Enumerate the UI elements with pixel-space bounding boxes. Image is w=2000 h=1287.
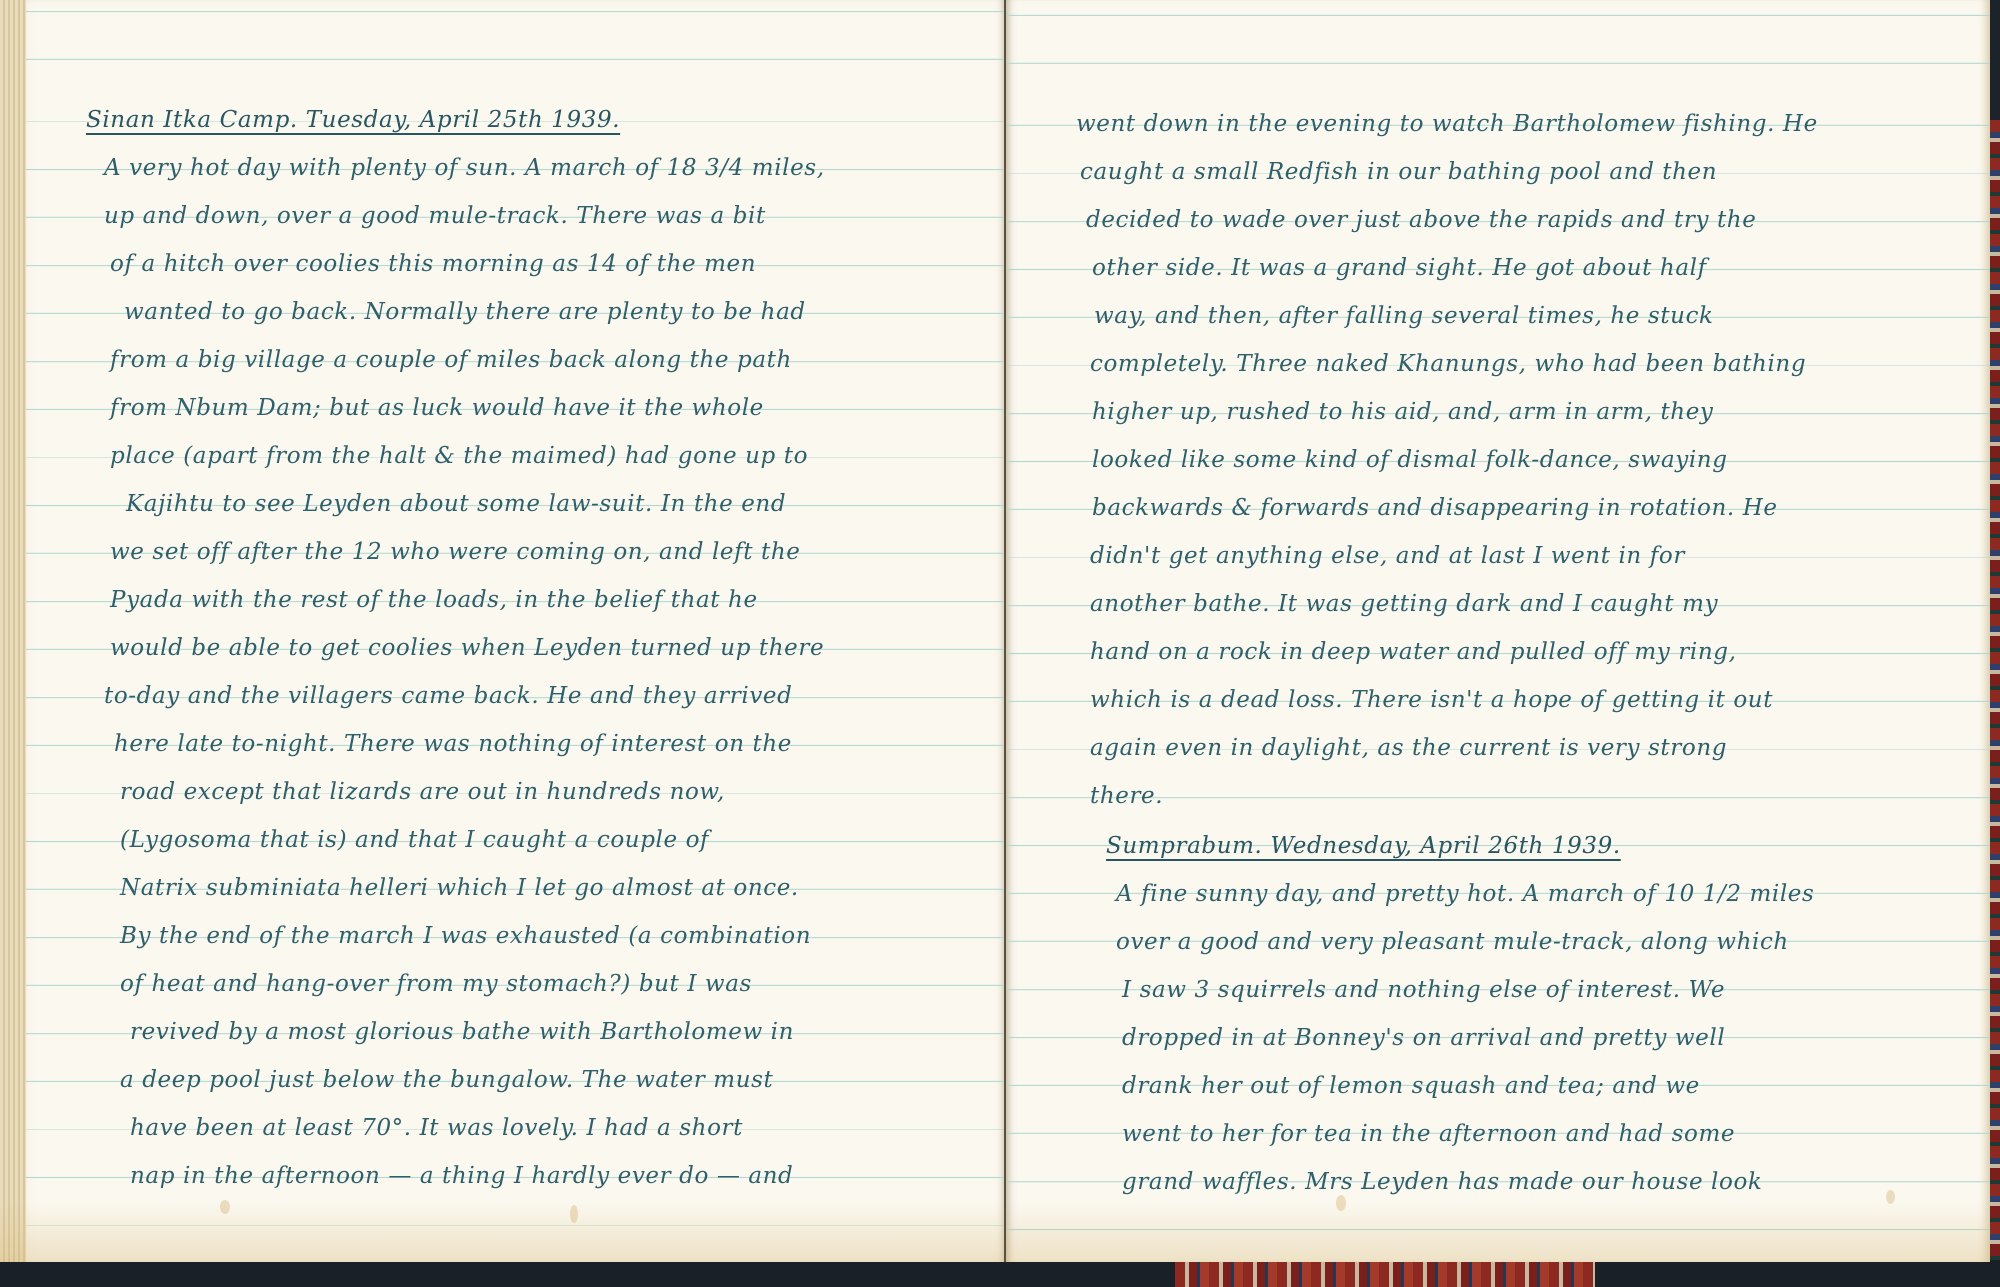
text-line: (Lygosoma that is) and that I caught a c… <box>120 816 709 864</box>
text-line: Natrix subminiata helleri which I let go… <box>120 864 799 912</box>
text-line: went to her for tea in the afternoon and… <box>1122 1110 1735 1158</box>
text-line: way, and then, after falling several tim… <box>1094 292 1714 340</box>
text-line: grand waffles. Mrs Leyden has made our h… <box>1122 1158 1762 1206</box>
text-line: wanted to go back. Normally there are pl… <box>124 288 806 336</box>
text-line: again even in daylight, as the current i… <box>1090 724 1727 772</box>
text-line: caught a small Redfish in our bathing po… <box>1080 148 1717 196</box>
text-line: would be able to get coolies when Leyden… <box>110 624 824 672</box>
text-line: Kajihtu to see Leyden about some law-sui… <box>126 480 786 528</box>
text-line: completely. Three naked Khanungs, who ha… <box>1090 340 1806 388</box>
paper-stain <box>220 1200 230 1214</box>
text-line: there. <box>1090 772 1163 820</box>
marbled-cover-bottom <box>1175 1262 1595 1287</box>
text-line: dropped in at Bonney's on arrival and pr… <box>1122 1014 1725 1062</box>
text-line: of a hitch over coolies this morning as … <box>110 240 756 288</box>
paper-stain <box>570 1205 578 1223</box>
text-line: A very hot day with plenty of sun. A mar… <box>104 144 825 192</box>
text-line: up and down, over a good mule-track. The… <box>104 192 766 240</box>
text-line: road except that lizards are out in hund… <box>120 768 725 816</box>
text-line: looked like some kind of dismal folk-dan… <box>1092 436 1728 484</box>
text-line: revived by a most glorious bathe with Ba… <box>130 1008 794 1056</box>
text-line: nap in the afternoon — a thing I hardly … <box>130 1152 793 1200</box>
text-line: Pyada with the rest of the loads, in the… <box>110 576 758 624</box>
text-line: other side. It was a grand sight. He got… <box>1092 244 1707 292</box>
text-line: of heat and hang-over from my stomach?) … <box>120 960 752 1008</box>
paper-stain <box>1886 1190 1895 1204</box>
text-line: over a good and very pleasant mule-track… <box>1116 918 1789 966</box>
text-line: have been at least 70°. It was lovely. I… <box>130 1104 743 1152</box>
text-line: from a big village a couple of miles bac… <box>110 336 792 384</box>
text-line: drank her out of lemon squash and tea; a… <box>1122 1062 1700 1110</box>
text-line: didn't get anything else, and at last I … <box>1090 532 1685 580</box>
text-line: we set off after the 12 who were coming … <box>110 528 800 576</box>
text-line: A fine sunny day, and pretty hot. A marc… <box>1116 870 1814 918</box>
left-page: Sinan Itka Camp. Tuesday, April 25th 193… <box>0 0 1006 1262</box>
text-line: decided to wade over just above the rapi… <box>1086 196 1756 244</box>
text-line: a deep pool just below the bungalow. The… <box>120 1056 773 1104</box>
entry-heading-april-25: Sinan Itka Camp. Tuesday, April 25th 193… <box>86 96 620 144</box>
right-page: went down in the evening to watch Bartho… <box>1006 0 1990 1262</box>
text-line: here late to-night. There was nothing of… <box>114 720 792 768</box>
marbled-cover-right <box>1990 120 2000 1260</box>
text-line: another bathe. It was getting dark and I… <box>1090 580 1718 628</box>
text-line: to-day and the villagers came back. He a… <box>104 672 792 720</box>
text-line: hand on a rock in deep water and pulled … <box>1090 628 1737 676</box>
text-line: went down in the evening to watch Bartho… <box>1076 100 1818 148</box>
text-line: I saw 3 squirrels and nothing else of in… <box>1122 966 1725 1014</box>
text-line: By the end of the march I was exhausted … <box>120 912 811 960</box>
entry-heading-april-26: Sumprabum. Wednesday, April 26th 1939. <box>1106 822 1621 870</box>
text-line: place (apart from the halt & the maimed)… <box>110 432 808 480</box>
text-line: backwards & forwards and disappearing in… <box>1092 484 1778 532</box>
text-line: which is a dead loss. There isn't a hope… <box>1090 676 1773 724</box>
text-line: from Nbum Dam; but as luck would have it… <box>110 384 764 432</box>
page-edges <box>0 0 26 1262</box>
text-line: higher up, rushed to his aid, and, arm i… <box>1092 388 1714 436</box>
